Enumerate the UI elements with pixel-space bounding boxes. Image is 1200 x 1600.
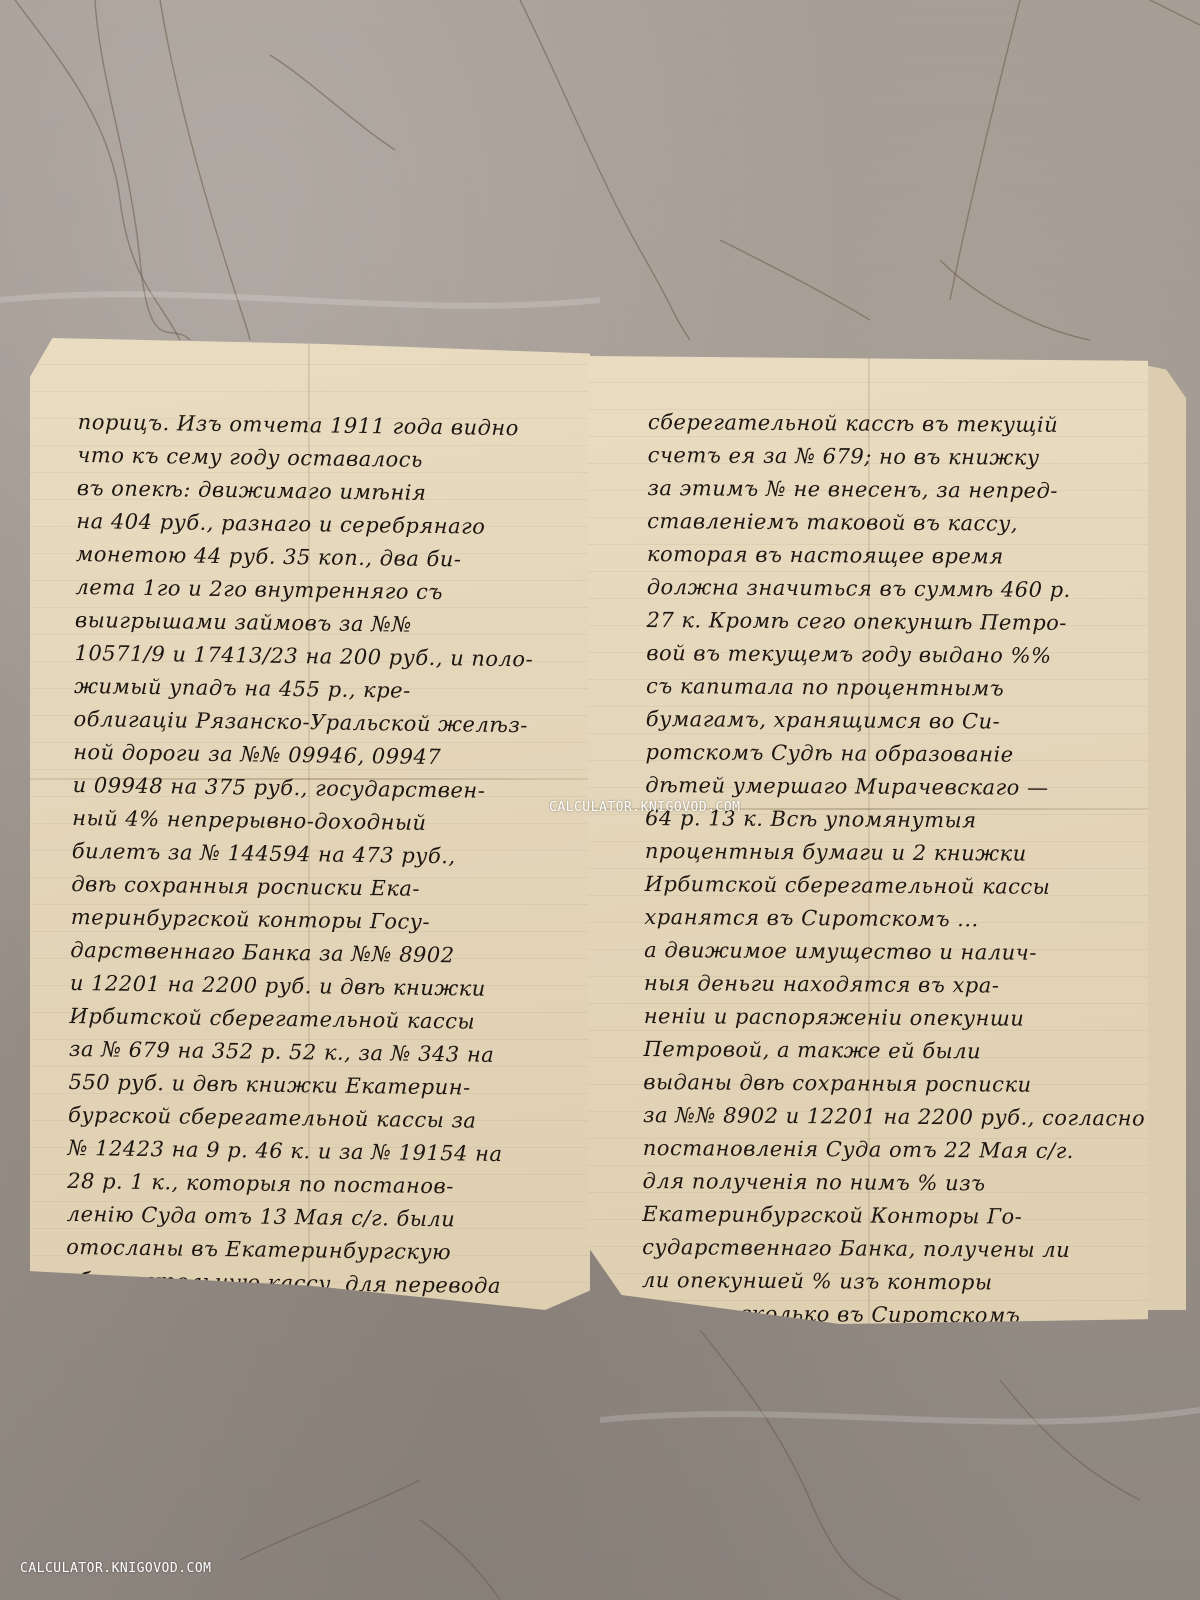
text-line: переведенъ съ % въ суммѣ 108 руб. [64,1363,569,1403]
text-line: сберегательной кассѣ въ текущій [648,406,1143,442]
text-line: Ирбитской сберегательной кассы [645,868,1140,904]
text-line-paragraph-start: Кромѣ дѣла опеки Мирачев- [641,1363,1136,1399]
text-line: вой въ текущемъ году выдано %% [646,637,1141,673]
text-line: Екатеринбургской Конторы Го- [642,1198,1137,1234]
watermark-bottom-left: CALCULATOR.KNIGOVOD.COM [20,1561,212,1576]
text-line: должна значиться въ суммѣ 460 р. [647,571,1142,607]
text-line: для полученія по нимъ % изъ [642,1165,1137,1201]
text-line: Петровой, а также ей были [643,1033,1138,1069]
text-line: Банка и сколько въ Сиротскомъ [642,1297,1137,1333]
text-line: постановленія Суда отъ 22 Мая с/г. [643,1132,1138,1168]
text-line: ротскомъ Судѣ на образованіе [645,736,1140,772]
text-line: счетъ ея за № 679; но въ книжку [648,439,1143,475]
text-line: которая въ настоящее время [647,538,1142,574]
text-line: на производствѣ Суда состоитъ [641,1396,1136,1432]
text-line: сударственнаго Банка, получены ли [642,1231,1137,1267]
watermark-center: CALCULATOR.KNIGOVOD.COM [549,800,741,815]
right-page: сберегательной кассѣ въ текущій счетъ ея… [588,356,1148,1324]
text-line: ныя деньги находятся въ хра- [644,967,1139,1003]
text-line: сберегательную кассу, для перевода [66,1264,571,1304]
text-line: выданы двѣ сохранныя росписки [643,1066,1138,1102]
text-line: 75 коп. и записанъ въ Ирбитской [64,1396,569,1436]
text-line: ли опекуншей % изъ конторы [642,1264,1137,1300]
left-page-text: порицъ. Изъ отчета 1911 года видно что к… [64,406,583,1436]
text-line: ставленіемъ таковой въ кассу, [647,505,1142,541]
text-line: Судѣ свѣдѣній не имѣется. [641,1330,1136,1366]
text-line: за №№ 8902 и 12201 на 2200 руб., согласн… [643,1099,1138,1135]
text-line: съ капитала по процентнымъ [646,670,1141,706]
text-line: 27 к. Кромѣ сего опекуншѣ Петро- [646,604,1141,640]
right-page-text: сберегательной кассѣ въ текущій счетъ ея… [641,406,1143,1432]
text-line: неніи и распоряженіи опекунши [644,1000,1139,1036]
text-line: за этимъ № не внесенъ, за непред- [647,472,1142,508]
text-line: тельную кассу и капиталъ этотъ [65,1330,570,1370]
text-line: процентныя бумаги и 2 книжки [645,835,1140,871]
text-line: хранятся въ Сиротскомъ ... [644,901,1139,937]
left-page: порицъ. Изъ отчета 1911 года видно что к… [30,338,590,1310]
text-line: а движимое имущество и налич- [644,934,1139,970]
text-line: бумагамъ, хранящимся во Си- [646,703,1141,739]
